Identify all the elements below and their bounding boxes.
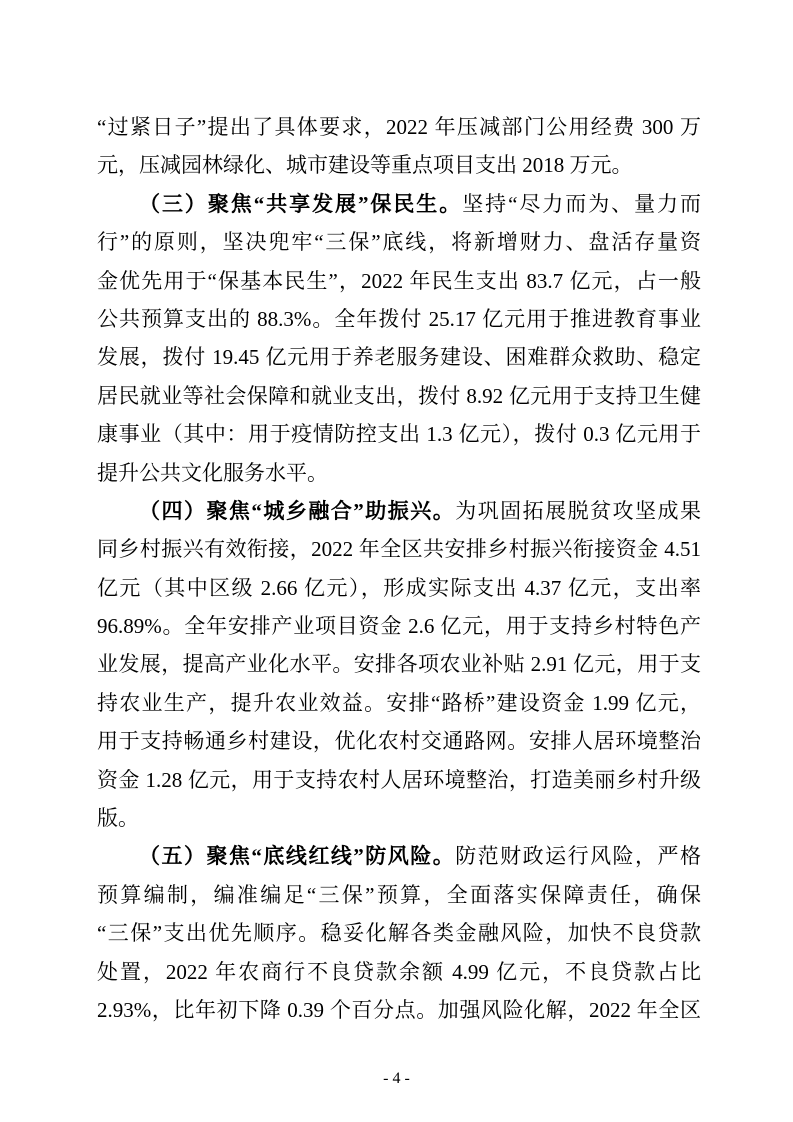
body-text: 坚持“尽力而为、量力而 [462, 192, 701, 216]
text-line: 居民就业等社会保障和就业支出，拨付 8.92 亿元用于支持卫生健 [97, 377, 701, 415]
body-text: 处置，2022 年农商行不良贷款余额 4.99 亿元，不良贷款占比 [97, 960, 701, 984]
section-heading: （四）聚焦“城乡融合”助振兴。 [139, 499, 455, 523]
text-line: 业发展，提高产业化水平。安排各项农业补贴 2.91 亿元，用于支 [97, 645, 701, 683]
body-text: 居民就业等社会保障和就业支出，拨付 8.92 亿元用于支持卫生健 [97, 384, 701, 408]
text-line: 同乡村振兴有效衔接，2022 年全区共安排乡村振兴衔接资金 4.51 [97, 530, 701, 568]
body-text: “过紧日子”提出了具体要求，2022 年压减部门公用经费 300 万 [97, 115, 701, 139]
page-number: - 4 - [0, 1070, 793, 1088]
body-text: 2.93%，比年初下降 0.39 个百分点。加强风险化解，2022 年全区 [97, 998, 701, 1022]
body-text: 持农业生产，提升农业效益。安排“路桥”建设资金 1.99 亿元， [97, 691, 701, 715]
text-line: 亿元（其中区级 2.66 亿元），形成实际支出 4.37 亿元，支出率 [97, 569, 701, 607]
text-line: 用于支持畅通乡村建设，优化农村交通路网。安排人居环境整治 [97, 722, 701, 760]
text-line: 行”的原则，坚决兜牢“三保”底线，将新增财力、盘活存量资 [97, 223, 701, 261]
text-line: 2.93%，比年初下降 0.39 个百分点。加强风险化解，2022 年全区 [97, 991, 701, 1029]
text-line: （五）聚焦“底线红线”防风险。防范财政运行风险，严格 [97, 837, 701, 875]
body-text: 行”的原则，坚决兜牢“三保”底线，将新增财力、盘活存量资 [97, 230, 701, 254]
body-text: 公共预算支出的 88.3%。全年拨付 25.17 亿元用于推进教育事业 [97, 307, 701, 331]
text-line: 元，压减园林绿化、城市建设等重点项目支出 2018 万元。 [97, 146, 701, 184]
body-text: 亿元（其中区级 2.66 亿元），形成实际支出 4.37 亿元，支出率 [97, 576, 701, 600]
text-line: 发展，拨付 19.45 亿元用于养老服务建设、困难群众救助、稳定 [97, 338, 701, 376]
body-text: 业发展，提高产业化水平。安排各项农业补贴 2.91 亿元，用于支 [97, 652, 701, 676]
text-line: 康事业（其中：用于疫情防控支出 1.3 亿元），拨付 0.3 亿元用于 [97, 415, 701, 453]
text-line: 处置，2022 年农商行不良贷款余额 4.99 亿元，不良贷款占比 [97, 953, 701, 991]
text-line: 96.89%。全年安排产业项目资金 2.6 亿元，用于支持乡村特色产 [97, 607, 701, 645]
text-line: （三）聚焦“共享发展”保民生。坚持“尽力而为、量力而 [97, 185, 701, 223]
text-line: 提升公共文化服务水平。 [97, 454, 701, 492]
text-line: 资金 1.28 亿元，用于支持农村人居环境整治，打造美丽乡村升级 [97, 761, 701, 799]
body-text: 元，压减园林绿化、城市建设等重点项目支出 2018 万元。 [97, 153, 633, 177]
text-line: “过紧日子”提出了具体要求，2022 年压减部门公用经费 300 万 [97, 108, 701, 146]
body-text: 金优先用于“保基本民生”，2022 年民生支出 83.7 亿元，占一般 [97, 269, 701, 293]
body-text: 96.89%。全年安排产业项目资金 2.6 亿元，用于支持乡村特色产 [97, 614, 701, 638]
body-text: 资金 1.28 亿元，用于支持农村人居环境整治，打造美丽乡村升级 [97, 768, 701, 792]
document-page: “过紧日子”提出了具体要求，2022 年压减部门公用经费 300 万 元，压减园… [0, 0, 793, 1122]
section-heading: （三）聚焦“共享发展”保民生。 [139, 192, 462, 216]
body-text: 康事业（其中：用于疫情防控支出 1.3 亿元），拨付 0.3 亿元用于 [97, 422, 701, 446]
text-line: 版。 [97, 799, 701, 837]
body-text: 同乡村振兴有效衔接，2022 年全区共安排乡村振兴衔接资金 4.51 [97, 537, 701, 561]
text-line: “三保”支出优先顺序。稳妥化解各类金融风险，加快不良贷款 [97, 914, 701, 952]
body-text: 版。 [97, 806, 139, 830]
page-body: “过紧日子”提出了具体要求，2022 年压减部门公用经费 300 万 元，压减园… [97, 108, 701, 1029]
text-line: 预算编制，编准编足“三保”预算，全面落实保障责任，确保 [97, 876, 701, 914]
body-text: 提升公共文化服务水平。 [97, 461, 328, 485]
body-text: 用于支持畅通乡村建设，优化农村交通路网。安排人居环境整治 [97, 729, 701, 753]
text-line: 金优先用于“保基本民生”，2022 年民生支出 83.7 亿元，占一般 [97, 262, 701, 300]
body-text: 为巩固拓展脱贫攻坚成果 [455, 499, 701, 523]
section-heading: （五）聚焦“底线红线”防风险。 [139, 844, 455, 868]
text-line: （四）聚焦“城乡融合”助振兴。为巩固拓展脱贫攻坚成果 [97, 492, 701, 530]
body-text: 预算编制，编准编足“三保”预算，全面落实保障责任，确保 [97, 883, 701, 907]
body-text: 发展，拨付 19.45 亿元用于养老服务建设、困难群众救助、稳定 [97, 345, 701, 369]
text-line: 持农业生产，提升农业效益。安排“路桥”建设资金 1.99 亿元， [97, 684, 701, 722]
body-text: “三保”支出优先顺序。稳妥化解各类金融风险，加快不良贷款 [97, 921, 701, 945]
body-text: 防范财政运行风险，严格 [455, 844, 701, 868]
text-line: 公共预算支出的 88.3%。全年拨付 25.17 亿元用于推进教育事业 [97, 300, 701, 338]
